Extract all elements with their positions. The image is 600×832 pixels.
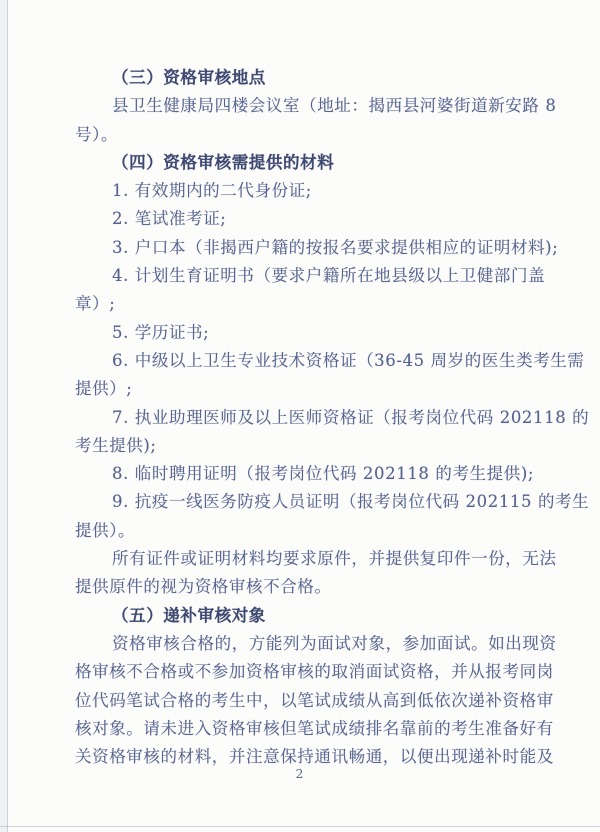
- scanned-document-page: （三）资格审核地点县卫生健康局四楼会议室（地址：揭西县河婆街道新安路 8号）。（…: [0, 0, 600, 832]
- text-line: 1. 有效期内的二代身份证;: [75, 177, 535, 205]
- scan-edge-bottom-line: [0, 826, 600, 827]
- scan-edge-left-band: [0, 0, 7, 832]
- text-line: 位代码笔试合格的考生中，以笔试成绩从高到低依次递补资格审: [75, 687, 535, 715]
- text-line: 3. 户口本（非揭西户籍的按报名要求提供相应的证明材料);: [75, 234, 535, 262]
- text-line: 2. 笔试准考证;: [75, 205, 535, 233]
- text-line: 章）;: [75, 290, 535, 318]
- text-line: 提供）。: [75, 517, 535, 545]
- page-number: 2: [0, 766, 600, 781]
- text-line: 核对象。请未进入资格审核但笔试成绩排名靠前的考生准备好有: [75, 715, 535, 743]
- section-heading-line: （五）递补审核对象: [75, 602, 535, 630]
- text-line: 6. 中级以上卫生专业技术资格证（36-45 周岁的医生类考生需: [75, 347, 535, 375]
- text-line: 格审核不合格或不参加资格审核的取消面试资格，并从报考同岗: [75, 658, 535, 686]
- text-line: 8. 临时聘用证明（报考岗位代码 202118 的考生提供);: [75, 460, 535, 488]
- text-line: 所有证件或证明材料均要求原件，并提供复印件一份，无法: [75, 545, 535, 573]
- document-body: （三）资格审核地点县卫生健康局四楼会议室（地址：揭西县河婆街道新安路 8号）。（…: [75, 64, 535, 771]
- text-line: 县卫生健康局四楼会议室（地址：揭西县河婆街道新安路 8: [75, 92, 535, 120]
- text-line: 提供原件的视为资格审核不合格。: [75, 573, 535, 601]
- text-line: 号）。: [75, 121, 535, 149]
- text-line: 考生提供);: [75, 432, 535, 460]
- text-line: 资格审核合格的，方能列为面试对象，参加面试。如出现资: [75, 630, 535, 658]
- text-line: 提供）;: [75, 375, 535, 403]
- text-line: 4. 计划生育证明书（要求户籍所在地县级以上卫健部门盖: [75, 262, 535, 290]
- scan-edge-left-line: [7, 0, 8, 832]
- text-line: 9. 抗疫一线医务防疫人员证明（报考岗位代码 202115 的考生: [75, 488, 535, 516]
- section-heading-line: （三）资格审核地点: [75, 64, 535, 92]
- text-line: 5. 学历证书;: [75, 319, 535, 347]
- section-heading-line: （四）资格审核需提供的材料: [75, 149, 535, 177]
- text-line: 7. 执业助理医师及以上医师资格证（报考岗位代码 202118 的: [75, 404, 535, 432]
